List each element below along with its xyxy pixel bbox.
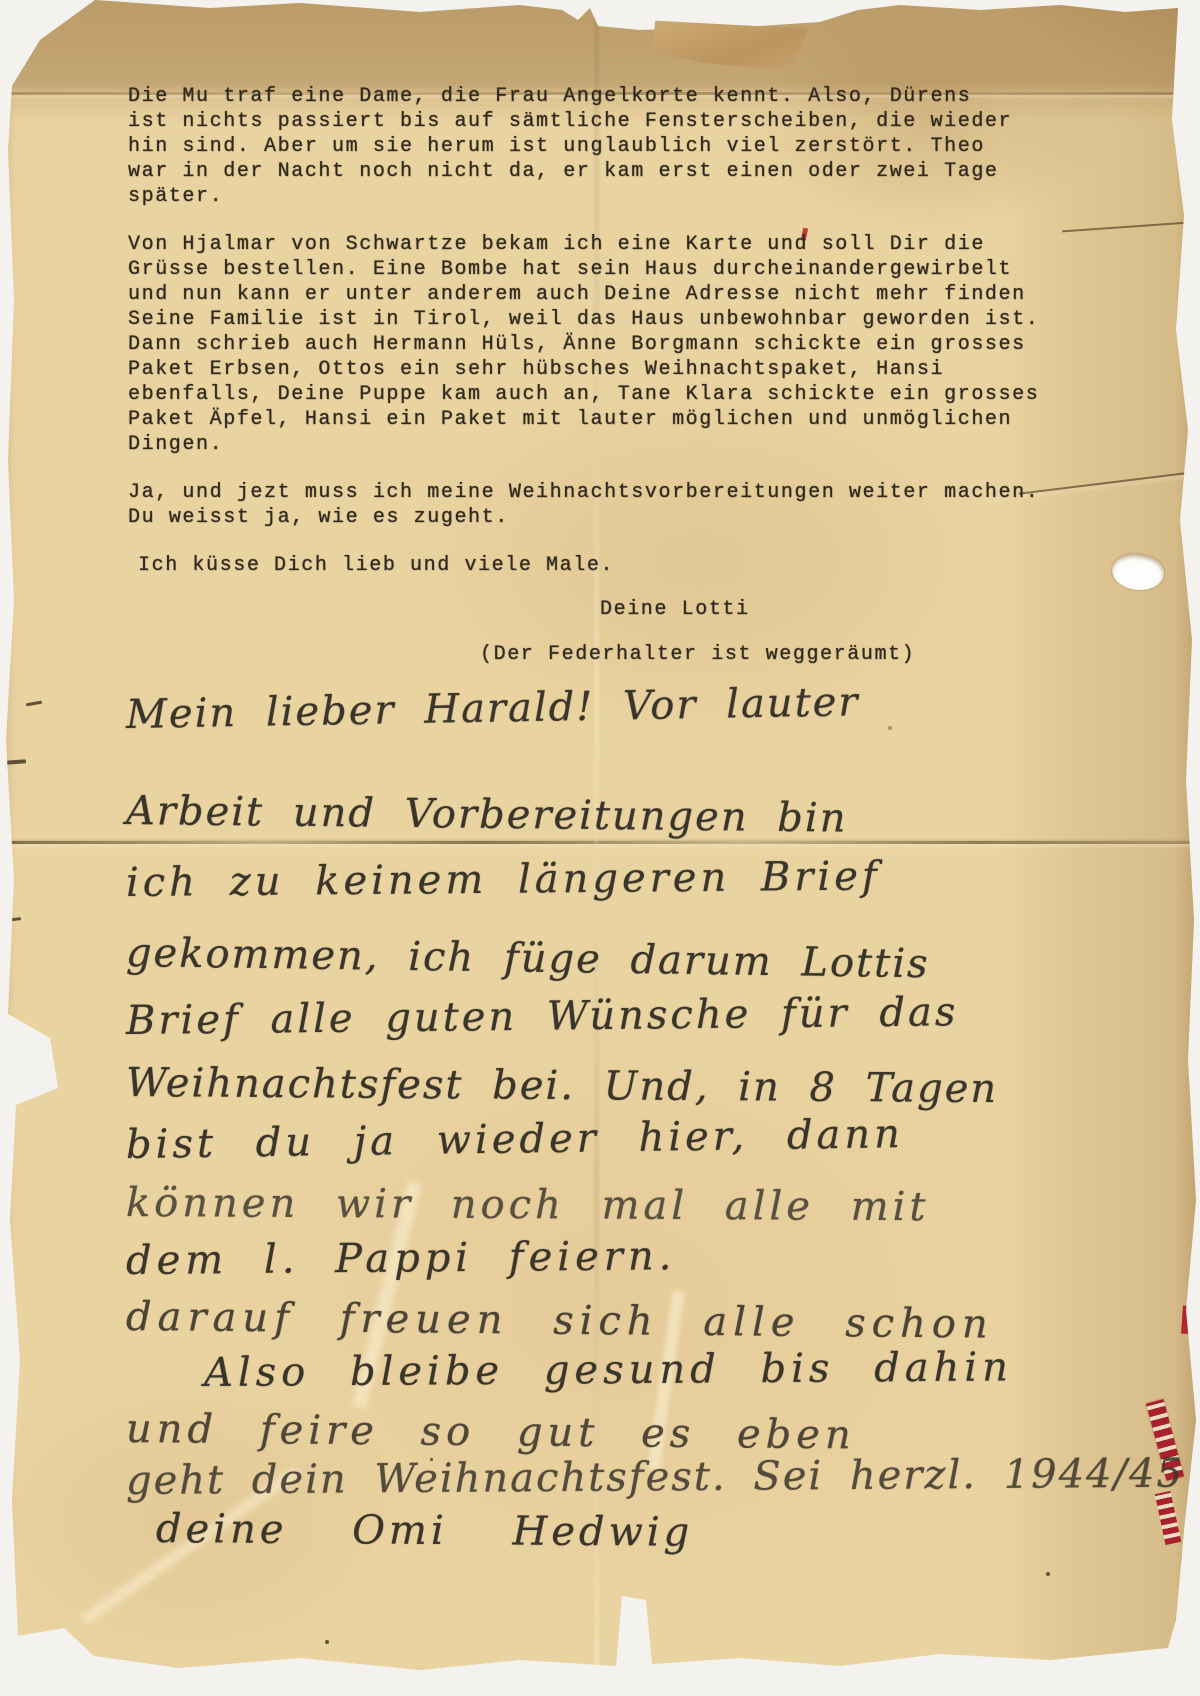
handwritten-line: Weihnachtsfest bei. Und, in 8 Tagen xyxy=(126,1060,998,1112)
handwritten-line: und feire so gut es eben xyxy=(126,1406,856,1458)
typed-paragraph-2: Von Hjalmar von Schwartze bekam ich eine… xyxy=(128,232,1058,457)
typed-line: Dingen. xyxy=(128,432,1058,457)
typed-line: Paket Erbsen, Ottos ein sehr hübsches We… xyxy=(128,357,1058,382)
scanner-background: Die Mu traf eine Dame, die Frau Angelkor… xyxy=(0,0,1200,1696)
foxing-speck xyxy=(325,1640,329,1644)
typed-signature: Deine Lotti xyxy=(128,597,1058,622)
edge-nick xyxy=(4,917,21,922)
typed-line: Die Mu traf eine Dame, die Frau Angelkor… xyxy=(128,84,1058,109)
typed-line: Ja, und jezt muss ich meine Weihnachtsvo… xyxy=(128,480,1058,505)
handwritten-line: Mein lieber Harald! Vor lauter xyxy=(126,679,860,738)
edge-nick xyxy=(6,759,26,764)
typed-line: Du weisst ja, wie es zugeht. xyxy=(128,505,1058,530)
handwritten-line: geht dein Weihnachtsfest. Sei herzl. 194… xyxy=(126,1451,1184,1504)
typed-line: Von Hjalmar von Schwartze bekam ich eine… xyxy=(128,232,1058,257)
handwritten-line: dem l. Pappi feiern. xyxy=(126,1233,677,1284)
paper-hole xyxy=(1110,550,1167,594)
typed-line: hin sind. Aber um sie herum ist unglaubl… xyxy=(128,134,1058,159)
typed-line: später. xyxy=(128,184,1058,209)
red-striped-mark xyxy=(1155,1491,1181,1545)
typed-line: ebenfalls, Deine Puppe kam auch an, Tane… xyxy=(128,382,1058,407)
handwritten-line: ich zu keinem längeren Brief xyxy=(126,853,881,906)
handwritten-line: deine Omi Hedwig xyxy=(156,1506,694,1556)
handwritten-line: Arbeit und Vorbereitungen bin xyxy=(126,788,848,842)
typed-postscript: (Der Federhalter ist weggeräumt) xyxy=(128,642,1058,667)
typed-line: und nun kann er unter anderem auch Deine… xyxy=(128,282,1058,307)
typed-text-block: Die Mu traf eine Dame, die Frau Angelkor… xyxy=(128,84,1058,667)
handwritten-line: können wir noch mal alle mit xyxy=(126,1180,930,1230)
fold-crease-middle xyxy=(4,841,1194,844)
red-edge-sliver xyxy=(1179,1556,1189,1642)
typed-paragraph-3: Ja, und jezt muss ich meine Weihnachtsvo… xyxy=(128,480,1058,530)
edge-nick xyxy=(26,701,42,707)
handwritten-line: gekommen, ich füge darum Lottis xyxy=(126,930,930,987)
typed-closing-line: Ich küsse Dich lieb und viele Male. xyxy=(128,553,1058,578)
typed-line: Grüsse bestellen. Eine Bombe hat sein Ha… xyxy=(128,257,1058,282)
foxing-speck xyxy=(888,726,892,730)
handwritten-line: darauf freuen sich alle schon xyxy=(126,1294,994,1348)
handwritten-line: bist du ja wieder hier, dann xyxy=(126,1111,905,1168)
typed-paragraph-1: Die Mu traf eine Dame, die Frau Angelkor… xyxy=(128,84,1058,209)
red-edge-mark xyxy=(1181,1306,1198,1335)
handwritten-line: Also bleibe gesund bis dahin xyxy=(204,1344,1013,1396)
typed-line: Paket Äpfel, Hansi ein Paket mit lauter … xyxy=(128,407,1058,432)
letter-paper: Die Mu traf eine Dame, die Frau Angelkor… xyxy=(0,0,1200,1696)
foxing-speck xyxy=(1046,1572,1050,1576)
typed-line: war in der Nacht noch nicht da, er kam e… xyxy=(128,159,1058,184)
handwritten-line: Brief alle guten Wünsche für das xyxy=(126,989,959,1044)
typed-line: Dann schrieb auch Hermann Hüls, Änne Bor… xyxy=(128,332,1058,357)
typed-line: ist nichts passiert bis auf sämtliche Fe… xyxy=(128,109,1058,134)
tear-crack-upper-right xyxy=(1062,222,1188,233)
typed-line: Seine Familie ist in Tirol, weil das Hau… xyxy=(128,307,1058,332)
